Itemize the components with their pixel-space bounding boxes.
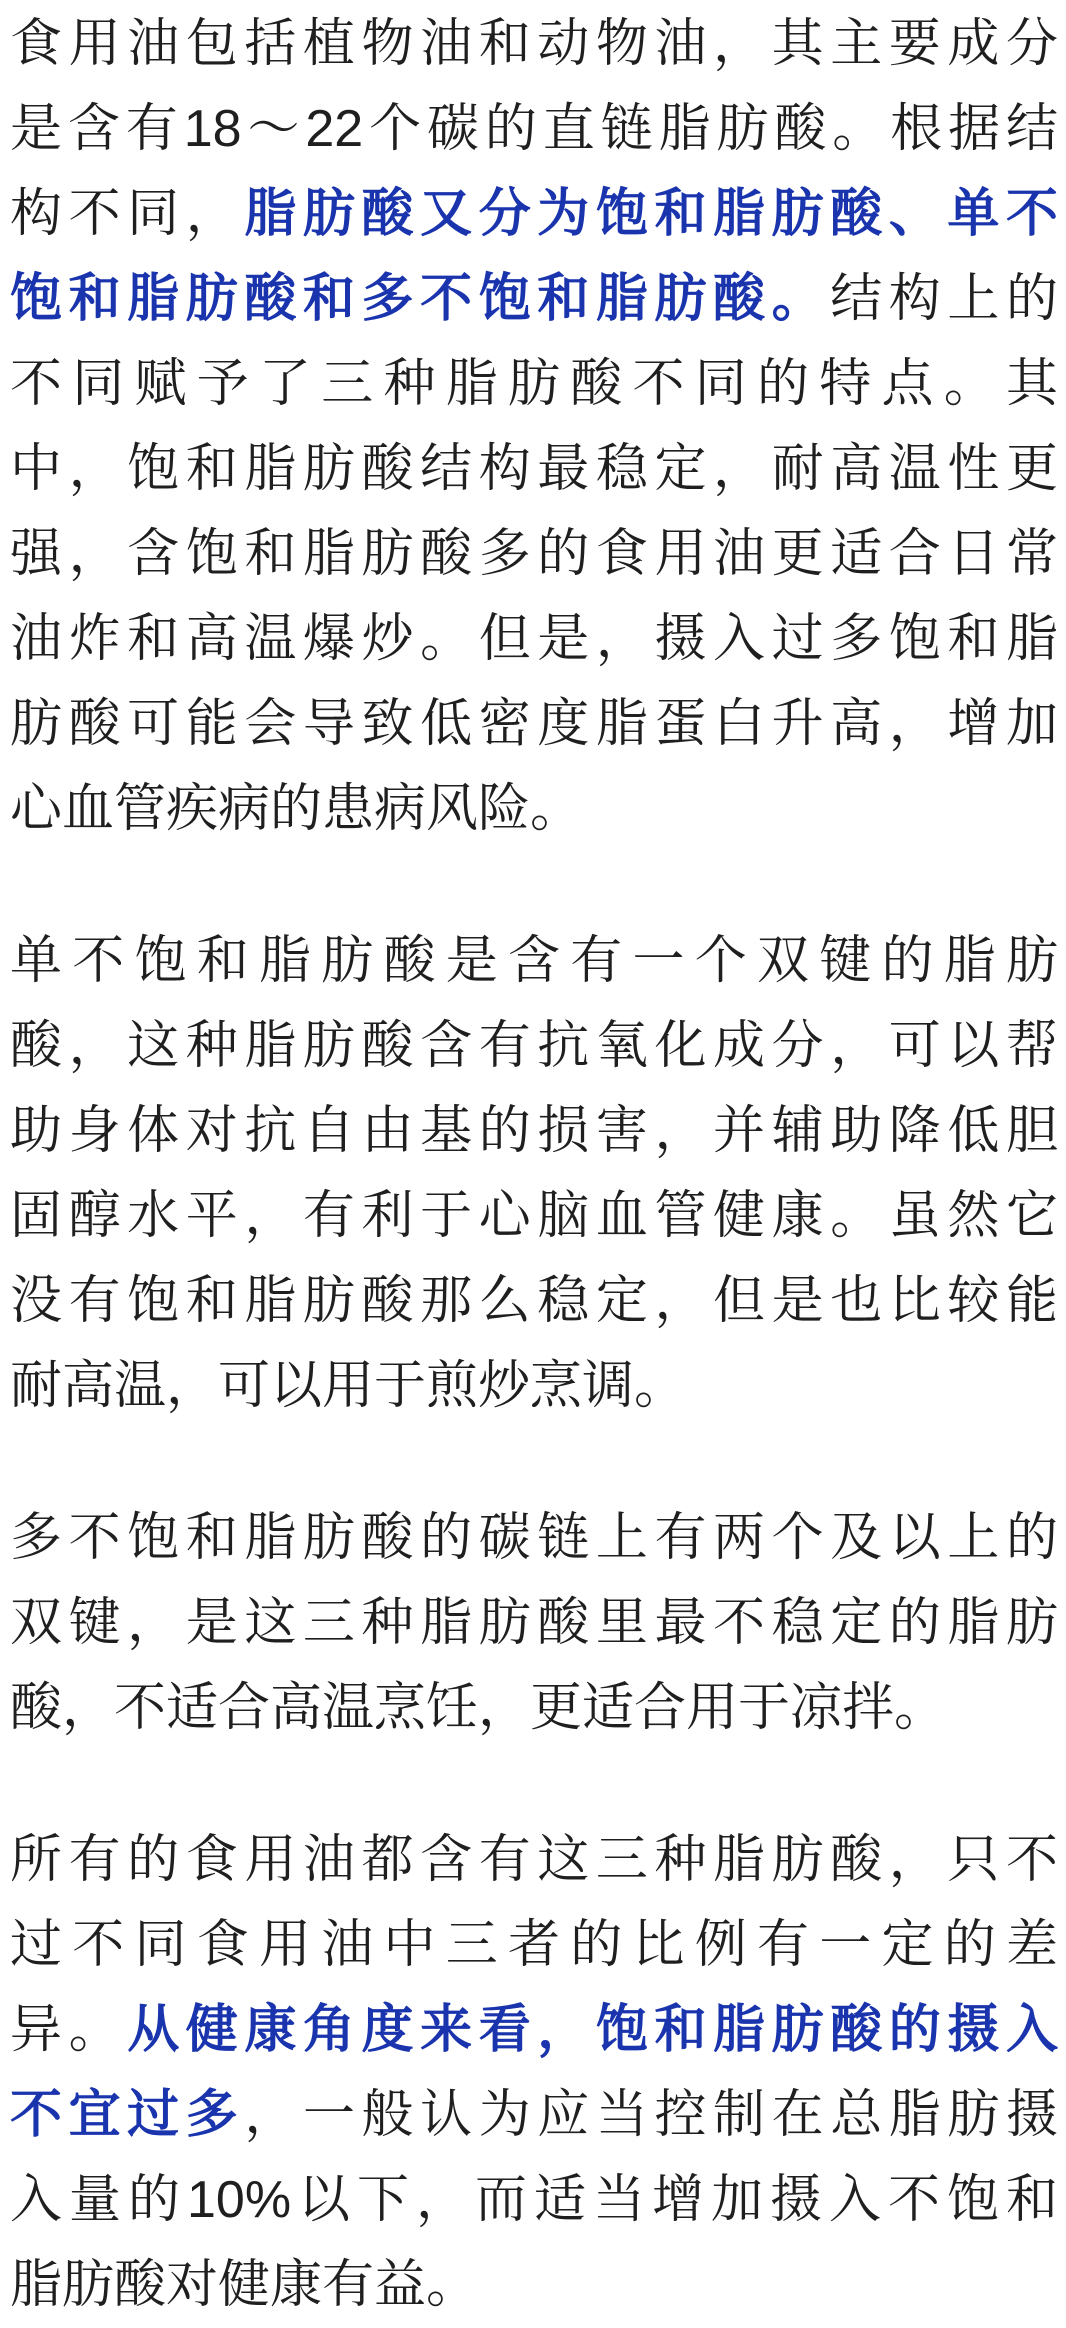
text-line: 没有饱和脂肪酸那么稳定，但是也比较能 xyxy=(10,1259,1058,1344)
text-line: 助身体对抗自由基的损害，并辅助降低胆 xyxy=(10,1089,1058,1174)
text-segment: 不同赋予了三种脂肪酸不同的特点。其 xyxy=(10,355,1058,413)
text-line: 心血管疾病的患病风险。 xyxy=(10,767,1058,852)
text-line: 酸，这种脂肪酸含有抗氧化成分，可以帮 xyxy=(10,1004,1058,1089)
text-segment: 没有饱和脂肪酸那么稳定，但是也比较能 xyxy=(10,1272,1058,1330)
text-line: 双键，是这三种脂肪酸里最不稳定的脂肪 xyxy=(10,1581,1058,1666)
paragraph: 食用油包括植物油和动物油，其主要成分是含有18～22个碳的直链脂肪酸。根据结构不… xyxy=(10,2,1058,852)
text-line: 强，含饱和脂肪酸多的食用油更适合日常 xyxy=(10,512,1058,597)
text-line: 不同赋予了三种脂肪酸不同的特点。其 xyxy=(10,342,1058,427)
text-line: 不宜过多，一般认为应当控制在总脂肪摄 xyxy=(10,2073,1058,2158)
text-segment: 入量的10%以下，而适当增加摄入不饱和 xyxy=(10,2171,1058,2229)
text-segment: 酸，不适合高温烹饪，更适合用于凉拌。 xyxy=(10,1679,946,1737)
text-segment: 脂肪酸对健康有益。 xyxy=(10,2256,478,2314)
article: 食用油包括植物油和动物油，其主要成分是含有18～22个碳的直链脂肪酸。根据结构不… xyxy=(0,0,1066,2328)
text-segment: 助身体对抗自由基的损害，并辅助降低胆 xyxy=(10,1102,1058,1160)
text-segment: 固醇水平，有利于心脑血管健康。虽然它 xyxy=(10,1187,1058,1245)
text-line: 肪酸可能会导致低密度脂蛋白升高，增加 xyxy=(10,682,1058,767)
text-segment: 双键，是这三种脂肪酸里最不稳定的脂肪 xyxy=(10,1594,1058,1652)
highlighted-text-segment: 从健康角度来看，饱和脂肪酸的摄入 xyxy=(127,2001,1058,2059)
text-segment: 肪酸可能会导致低密度脂蛋白升高，增加 xyxy=(10,695,1058,753)
text-segment: 所有的食用油都含有这三种脂肪酸，只不 xyxy=(10,1831,1058,1889)
text-line: 中，饱和脂肪酸结构最稳定，耐高温性更 xyxy=(10,427,1058,512)
text-line: 构不同，脂肪酸又分为饱和脂肪酸、单不 xyxy=(10,172,1058,257)
highlighted-text-segment: 脂肪酸又分为饱和脂肪酸、单不 xyxy=(244,185,1058,243)
text-segment: 是含有18～22个碳的直链脂肪酸。根据结 xyxy=(10,100,1058,158)
text-segment: 多不饱和脂肪酸的碳链上有两个及以上的 xyxy=(10,1509,1058,1567)
text-line: 耐高温，可以用于煎炒烹调。 xyxy=(10,1344,1058,1429)
text-segment: 构不同， xyxy=(10,185,244,243)
paragraph: 单不饱和脂肪酸是含有一个双键的脂肪酸，这种脂肪酸含有抗氧化成分，可以帮助身体对抗… xyxy=(10,919,1058,1429)
text-line: 饱和脂肪酸和多不饱和脂肪酸。结构上的 xyxy=(10,257,1058,342)
text-segment: 食用油包括植物油和动物油，其主要成分 xyxy=(10,15,1058,73)
text-line: 是含有18～22个碳的直链脂肪酸。根据结 xyxy=(10,87,1058,172)
text-segment: 强，含饱和脂肪酸多的食用油更适合日常 xyxy=(10,525,1058,583)
text-line: 多不饱和脂肪酸的碳链上有两个及以上的 xyxy=(10,1496,1058,1581)
text-segment: 过不同食用油中三者的比例有一定的差 xyxy=(10,1916,1058,1974)
text-segment: 耐高温，可以用于煎炒烹调。 xyxy=(10,1357,686,1415)
paragraph: 多不饱和脂肪酸的碳链上有两个及以上的双键，是这三种脂肪酸里最不稳定的脂肪酸，不适… xyxy=(10,1496,1058,1751)
text-line: 酸，不适合高温烹饪，更适合用于凉拌。 xyxy=(10,1666,1058,1751)
highlighted-text-segment: 不宜过多 xyxy=(10,2086,244,2144)
text-segment: 中，饱和脂肪酸结构最稳定，耐高温性更 xyxy=(10,440,1058,498)
text-line: 入量的10%以下，而适当增加摄入不饱和 xyxy=(10,2158,1058,2243)
text-segment: 单不饱和脂肪酸是含有一个双键的脂肪 xyxy=(10,932,1058,990)
text-line: 固醇水平，有利于心脑血管健康。虽然它 xyxy=(10,1174,1058,1259)
text-line: 食用油包括植物油和动物油，其主要成分 xyxy=(10,2,1058,87)
text-line: 过不同食用油中三者的比例有一定的差 xyxy=(10,1903,1058,1988)
paragraph: 所有的食用油都含有这三种脂肪酸，只不过不同食用油中三者的比例有一定的差异。从健康… xyxy=(10,1818,1058,2328)
text-segment: 心血管疾病的患病风险。 xyxy=(10,780,582,838)
text-segment: 油炸和高温爆炒。但是，摄入过多饱和脂 xyxy=(10,610,1058,668)
text-line: 脂肪酸对健康有益。 xyxy=(10,2243,1058,2328)
highlighted-text-segment: 饱和脂肪酸和多不饱和脂肪酸。 xyxy=(10,270,830,328)
text-segment: ，一般认为应当控制在总脂肪摄 xyxy=(244,2086,1058,2144)
text-segment: 异。 xyxy=(10,2001,127,2059)
text-line: 所有的食用油都含有这三种脂肪酸，只不 xyxy=(10,1818,1058,1903)
text-line: 油炸和高温爆炒。但是，摄入过多饱和脂 xyxy=(10,597,1058,682)
text-line: 单不饱和脂肪酸是含有一个双键的脂肪 xyxy=(10,919,1058,1004)
text-segment: 酸，这种脂肪酸含有抗氧化成分，可以帮 xyxy=(10,1017,1058,1075)
text-segment: 结构上的 xyxy=(830,270,1058,328)
text-line: 异。从健康角度来看，饱和脂肪酸的摄入 xyxy=(10,1988,1058,2073)
